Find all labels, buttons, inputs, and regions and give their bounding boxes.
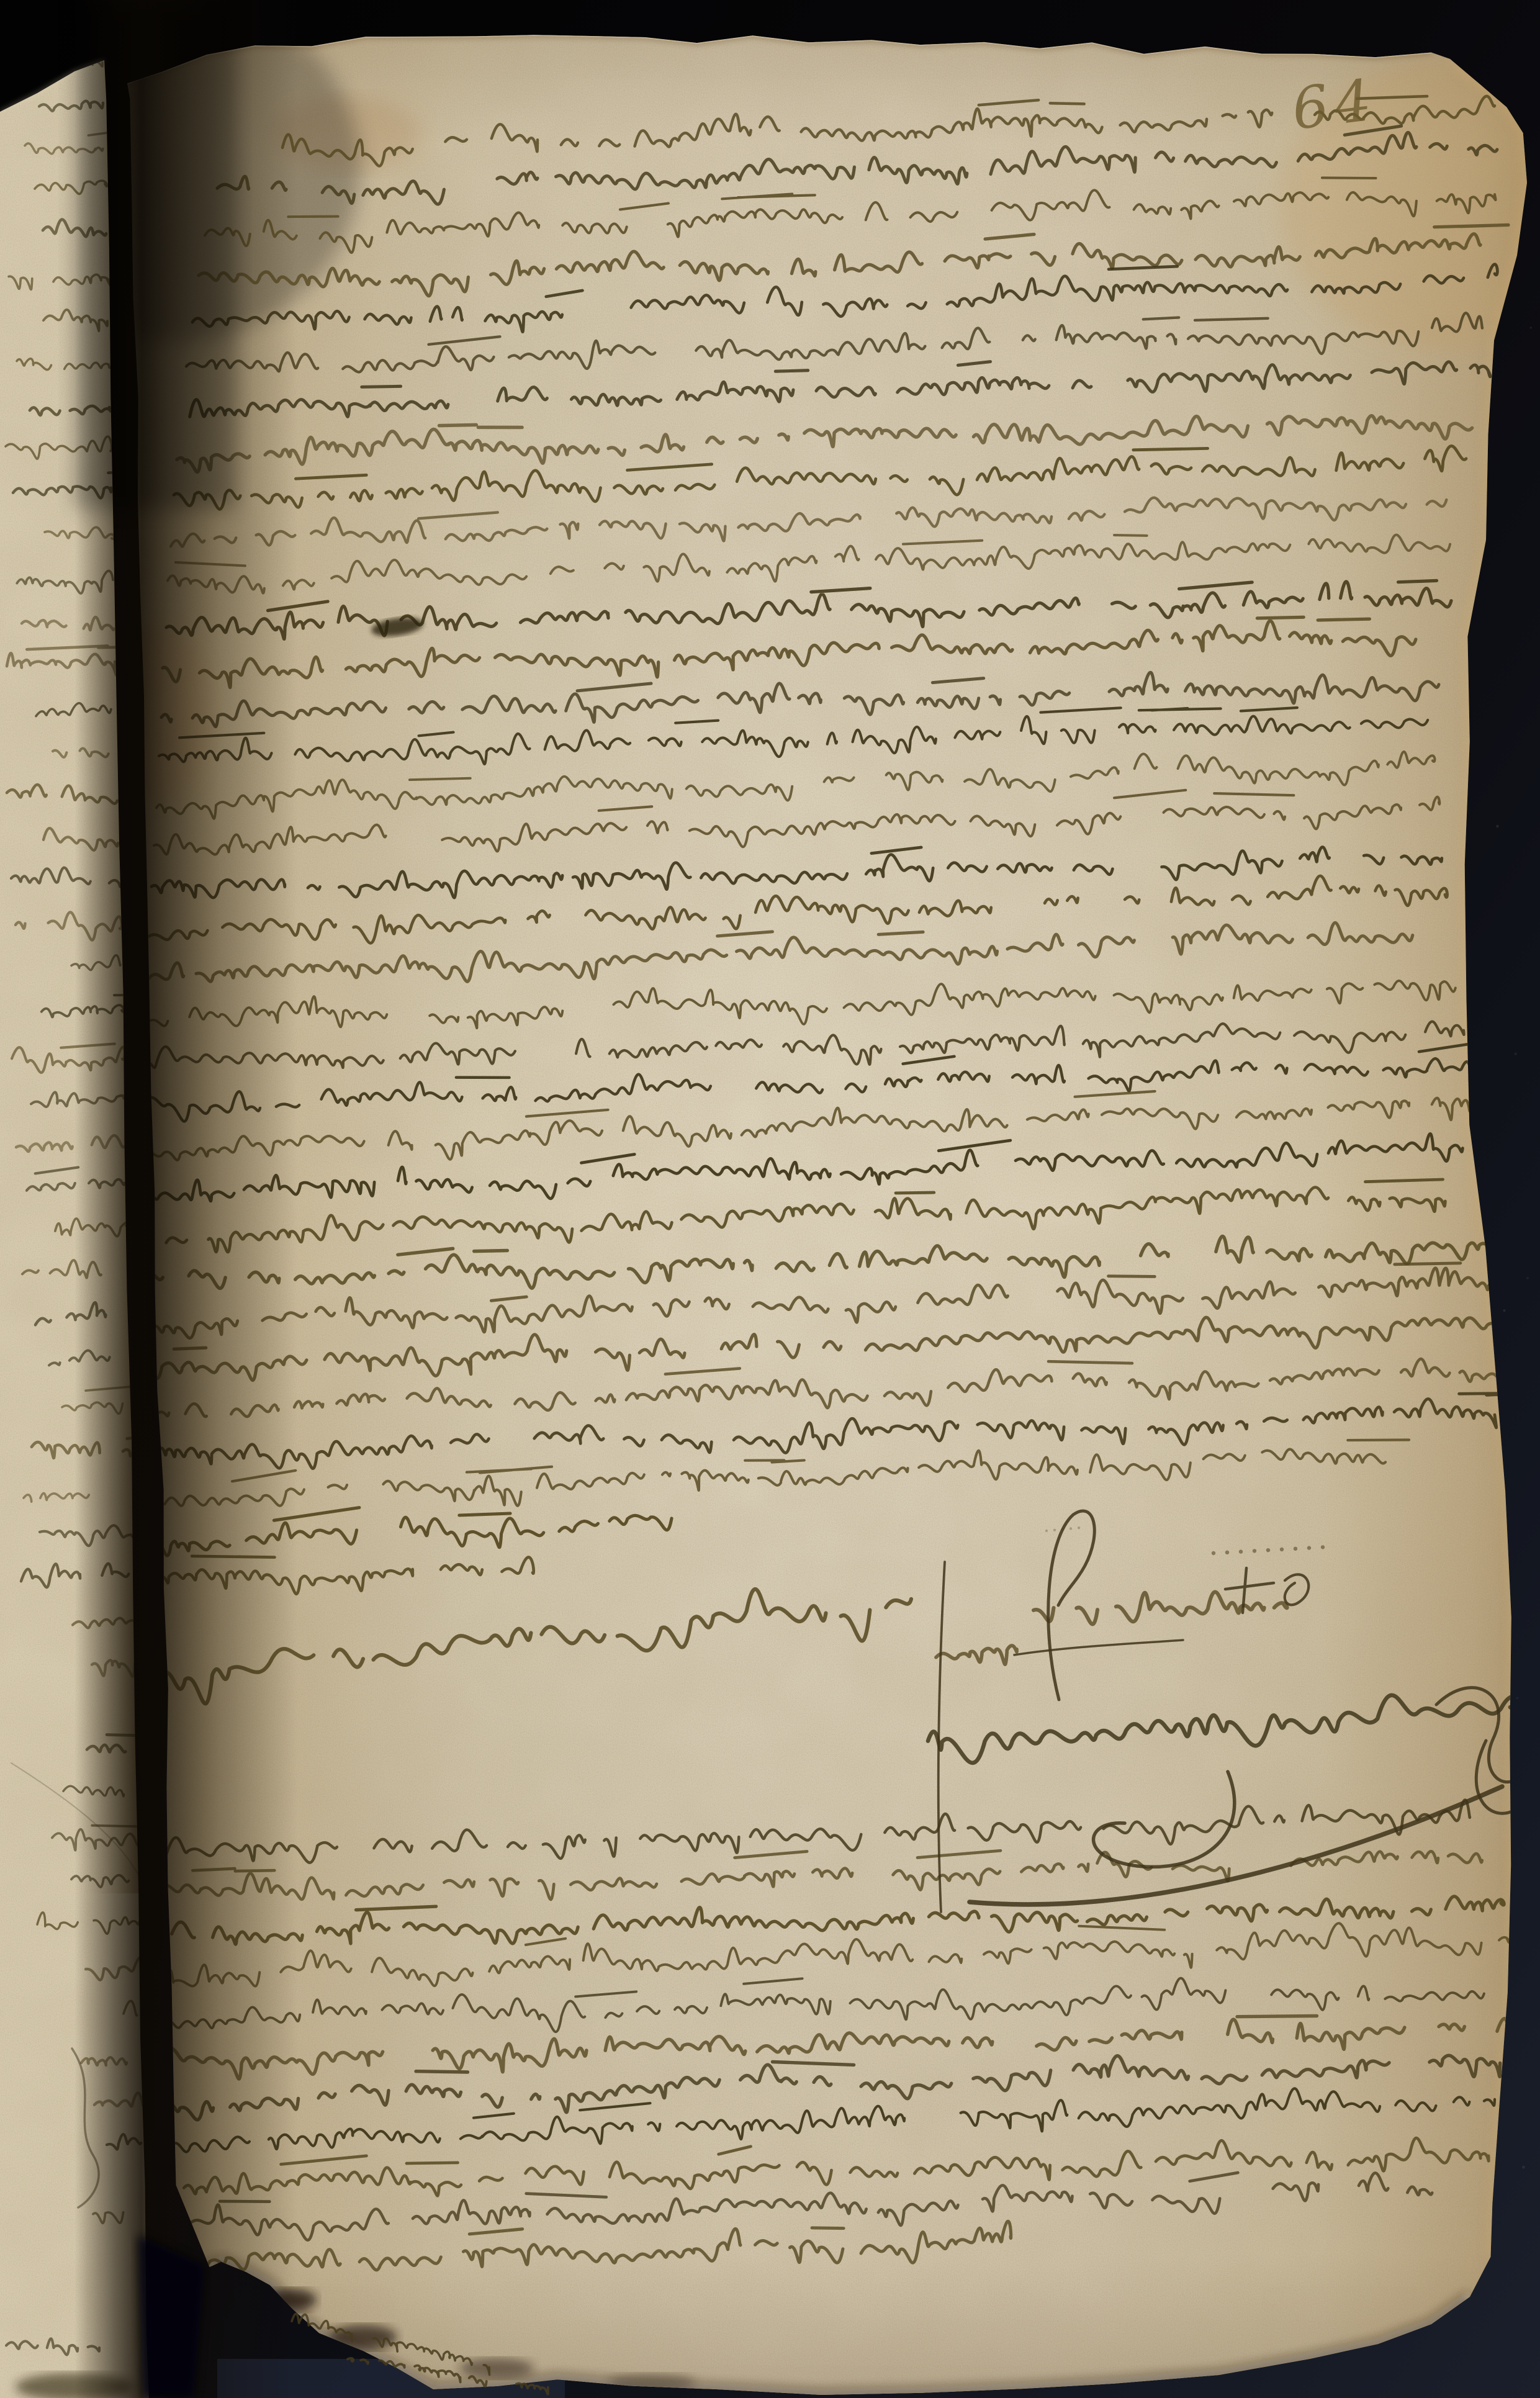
dust-speck (1515, 1052, 1517, 1055)
dust-speck (1496, 825, 1499, 828)
dust-speck (1526, 1277, 1529, 1279)
ink-dot (1212, 1551, 1215, 1555)
ink-dot (1069, 1527, 1072, 1530)
ink-dot (1225, 1551, 1229, 1554)
ink-dot (1266, 1548, 1270, 1552)
manuscript-photograph: 64 (0, 0, 1540, 2398)
dust-speck (1522, 2166, 1525, 2169)
ink-dot (1239, 1549, 1243, 1553)
lighting-overlays (74, 0, 298, 2398)
manuscript-scene: 64 (0, 0, 1540, 2398)
ink-dot (1061, 1528, 1064, 1530)
top-gutter-deep-shadow (74, 0, 236, 509)
dust-speck (1529, 327, 1532, 329)
ink-dot (1294, 1547, 1297, 1551)
ink-dot (1307, 1546, 1311, 1549)
ink-dot (1321, 1545, 1325, 1549)
ink-dot (1053, 1529, 1056, 1531)
folio-number: 64 (1289, 66, 1381, 143)
dust-speck (1516, 1697, 1518, 1700)
ink-dot (1045, 1530, 1048, 1532)
ink-dot (1280, 1548, 1284, 1551)
dust-speck (1503, 1309, 1506, 1312)
ink-dot (1078, 1526, 1080, 1529)
ink-dot (1253, 1549, 1256, 1553)
